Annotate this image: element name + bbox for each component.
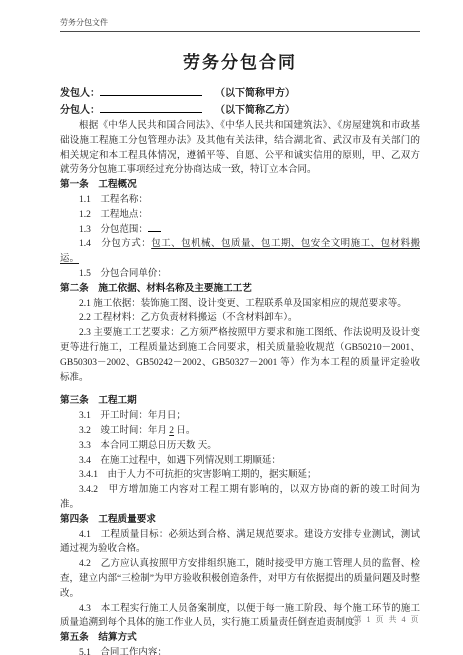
clause-3-2-text-after: 日。 [174,426,195,436]
page-footer: 第 1 页 共 4 页 [354,614,421,625]
clause-1-3-text: 1.3 分包范围： [79,225,148,235]
clause-3-4-1: 3.4.1 由于人力不可抗拒的灾害影响工期的，据实顺延； [60,468,420,483]
section-2-heading: 第二条 施工依据、材料名称及主要施工工艺 [60,282,420,297]
party-a-row: 发包人：（以下简称甲方） [60,85,420,102]
section-4-heading: 第四条 工程质量要求 [60,513,420,528]
clause-3-4-2: 3.4.2 甲方增加施工内容对工程工期有影响的，以双方协商的新的竣工时间为准。 [60,483,420,513]
intro-paragraph: 根据《中华人民共和国合同法》、《中华人民共和国建筑法》、《房屋建筑和市政基础设施… [60,119,420,178]
parties-block: 发包人：（以下简称甲方） 分包人：（以下简称乙方） [60,85,420,119]
party-a-fill-blank [100,86,202,96]
clause-3-1: 3.1 开工时间：年月日； [60,409,420,424]
clause-4-1: 4.1 工程质量目标：必须达到合格、满足规范要求。建设方安排专业测试，测试通过视… [60,528,420,558]
clause-1-3-fill-blank [148,223,161,232]
party-b-note: （以下简称乙方） [215,105,295,116]
clause-5-1: 5.1 合同工作内容： [60,646,420,655]
section-5-settlement-method: 第五条 结算方式 5.1 合同工作内容： [60,631,420,655]
party-b-fill-blank [100,103,202,113]
section-3-project-schedule: 第三条 工程工期 3.1 开工时间：年月日； 3.2 竣工时间：年月 2 日。 … [60,394,420,512]
clause-1-5: 1.5 分包合同单价： [60,267,420,282]
contract-page: 劳务分包文件 劳务分包合同 发包人：（以下简称甲方） 分包人：（以下简称乙方） … [0,0,463,655]
clause-1-3: 1.3 分包范围： [60,223,420,238]
clause-2-3: 2.3 主要施工工艺要求：乙方须严格按照甲方要求和施工图纸、作法说明及设计变更等… [60,326,420,385]
clause-3-4: 3.4 在施工过程中，如遇下列情况则工期顺延： [60,454,420,469]
clause-3-3: 3.3 本合同工期总日历天数 天。 [60,439,420,454]
page-header: 劳务分包文件 [60,18,420,32]
document-title: 劳务分包合同 [60,48,420,73]
section-5-heading: 第五条 结算方式 [60,631,420,646]
section-2-construction-basis: 第二条 施工依据、材料名称及主要施工工艺 2.1 施工依据：装饰施工图、设计变更… [60,282,420,386]
clause-1-4-text: 1.4 分包方式： [79,239,151,249]
section-1-project-overview: 第一条 工程概况 1.1 工程名称： 1.2 工程地点： 1.3 分包范围： 1… [60,178,420,282]
header-label: 劳务分包文件 [60,18,108,27]
section-3-heading: 第三条 工程工期 [60,394,420,409]
clause-4-2: 4.2 乙方应认真按照甲方安排组织施工，随时接受甲方施工管理人员的监督、检查，建… [60,557,420,601]
clause-1-4: 1.4 分包方式：包工、包机械、包质量、包工期、包安全文明施工、包材料搬运。 [60,237,420,267]
clause-3-2-text: 3.2 竣工时间：年月 [79,426,169,436]
party-b-label: 分包人： [60,105,100,116]
clause-2-2: 2.2 工程材料：乙方负责材料搬运（不含材料卸车）。 [60,311,420,326]
clause-3-2: 3.2 竣工时间：年月 2 日。 [60,424,420,439]
page-number: 第 1 页 共 4 页 [354,615,421,624]
clause-1-1: 1.1 工程名称： [60,193,420,208]
party-a-note: （以下简称甲方） [215,88,295,99]
section-1-heading: 第一条 工程概况 [60,178,420,193]
party-a-label: 发包人： [60,88,100,99]
party-b-row: 分包人：（以下简称乙方） [60,102,420,119]
clause-1-2: 1.2 工程地点： [60,208,420,223]
clause-2-1: 2.1 施工依据：装饰施工图、设计变更、工程联系单及国家相应的规范要求等。 [60,297,420,312]
